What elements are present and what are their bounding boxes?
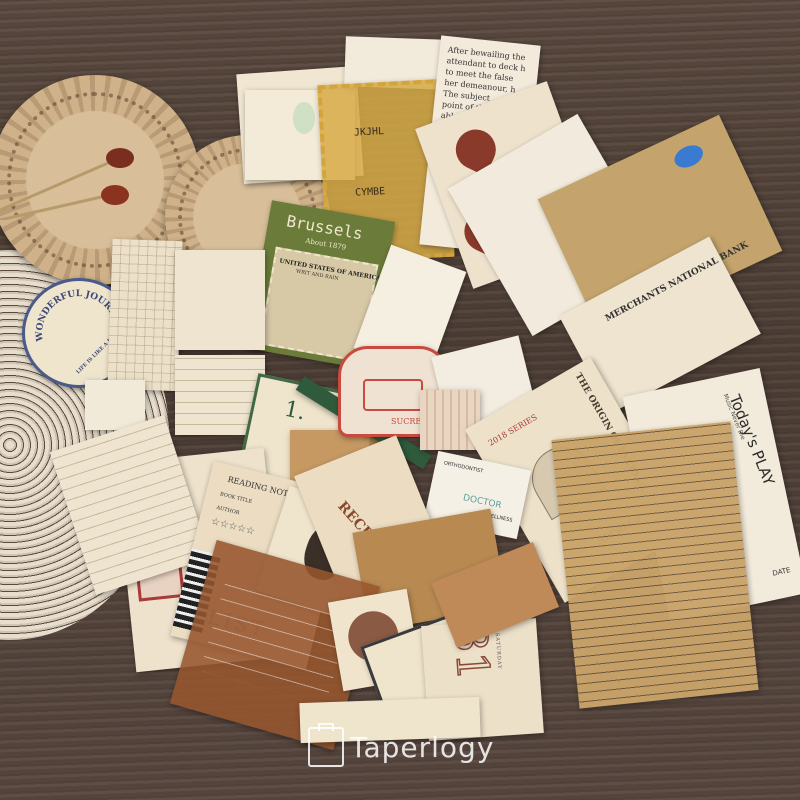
origin-number: 2018 SERIES <box>487 413 539 448</box>
brand-name: Taperlogy <box>350 731 494 764</box>
dried-rosebuds <box>0 140 150 220</box>
small-cream-card <box>85 380 145 430</box>
sewing-machine-icon <box>363 379 423 411</box>
vellum-text-2: CYMBE <box>355 186 386 199</box>
tulip-icon <box>293 102 315 134</box>
reading-field-author: AUTHOR <box>216 505 240 516</box>
sheet-music-kraft <box>551 421 758 708</box>
grid-paper <box>107 239 182 391</box>
postcard-paper <box>175 250 265 350</box>
butterfly-icon <box>671 141 707 172</box>
reading-field-title: BOOK TITLE <box>219 491 252 505</box>
brussels-title: Brussels <box>285 211 364 243</box>
brand-watermark: Taperlogy <box>308 722 494 772</box>
calendar-day: SATURDAY <box>494 633 503 670</box>
svg-text:WONDERFUL JOURNEY: WONDERFUL JOURNEY <box>25 281 122 343</box>
vellum-text: JKJHL <box>354 126 385 139</box>
suitcase-logo-icon <box>308 727 344 767</box>
reading-rating-stars: ☆☆☆☆☆ <box>210 516 256 538</box>
play-date-label: DATE <box>772 566 791 578</box>
doctor-label-1: ORTHODONTIST <box>443 460 483 474</box>
handwriting <box>200 574 353 706</box>
doctor-label-2: DOCTOR <box>462 493 502 511</box>
numbered-card-number: 1. <box>282 397 308 426</box>
